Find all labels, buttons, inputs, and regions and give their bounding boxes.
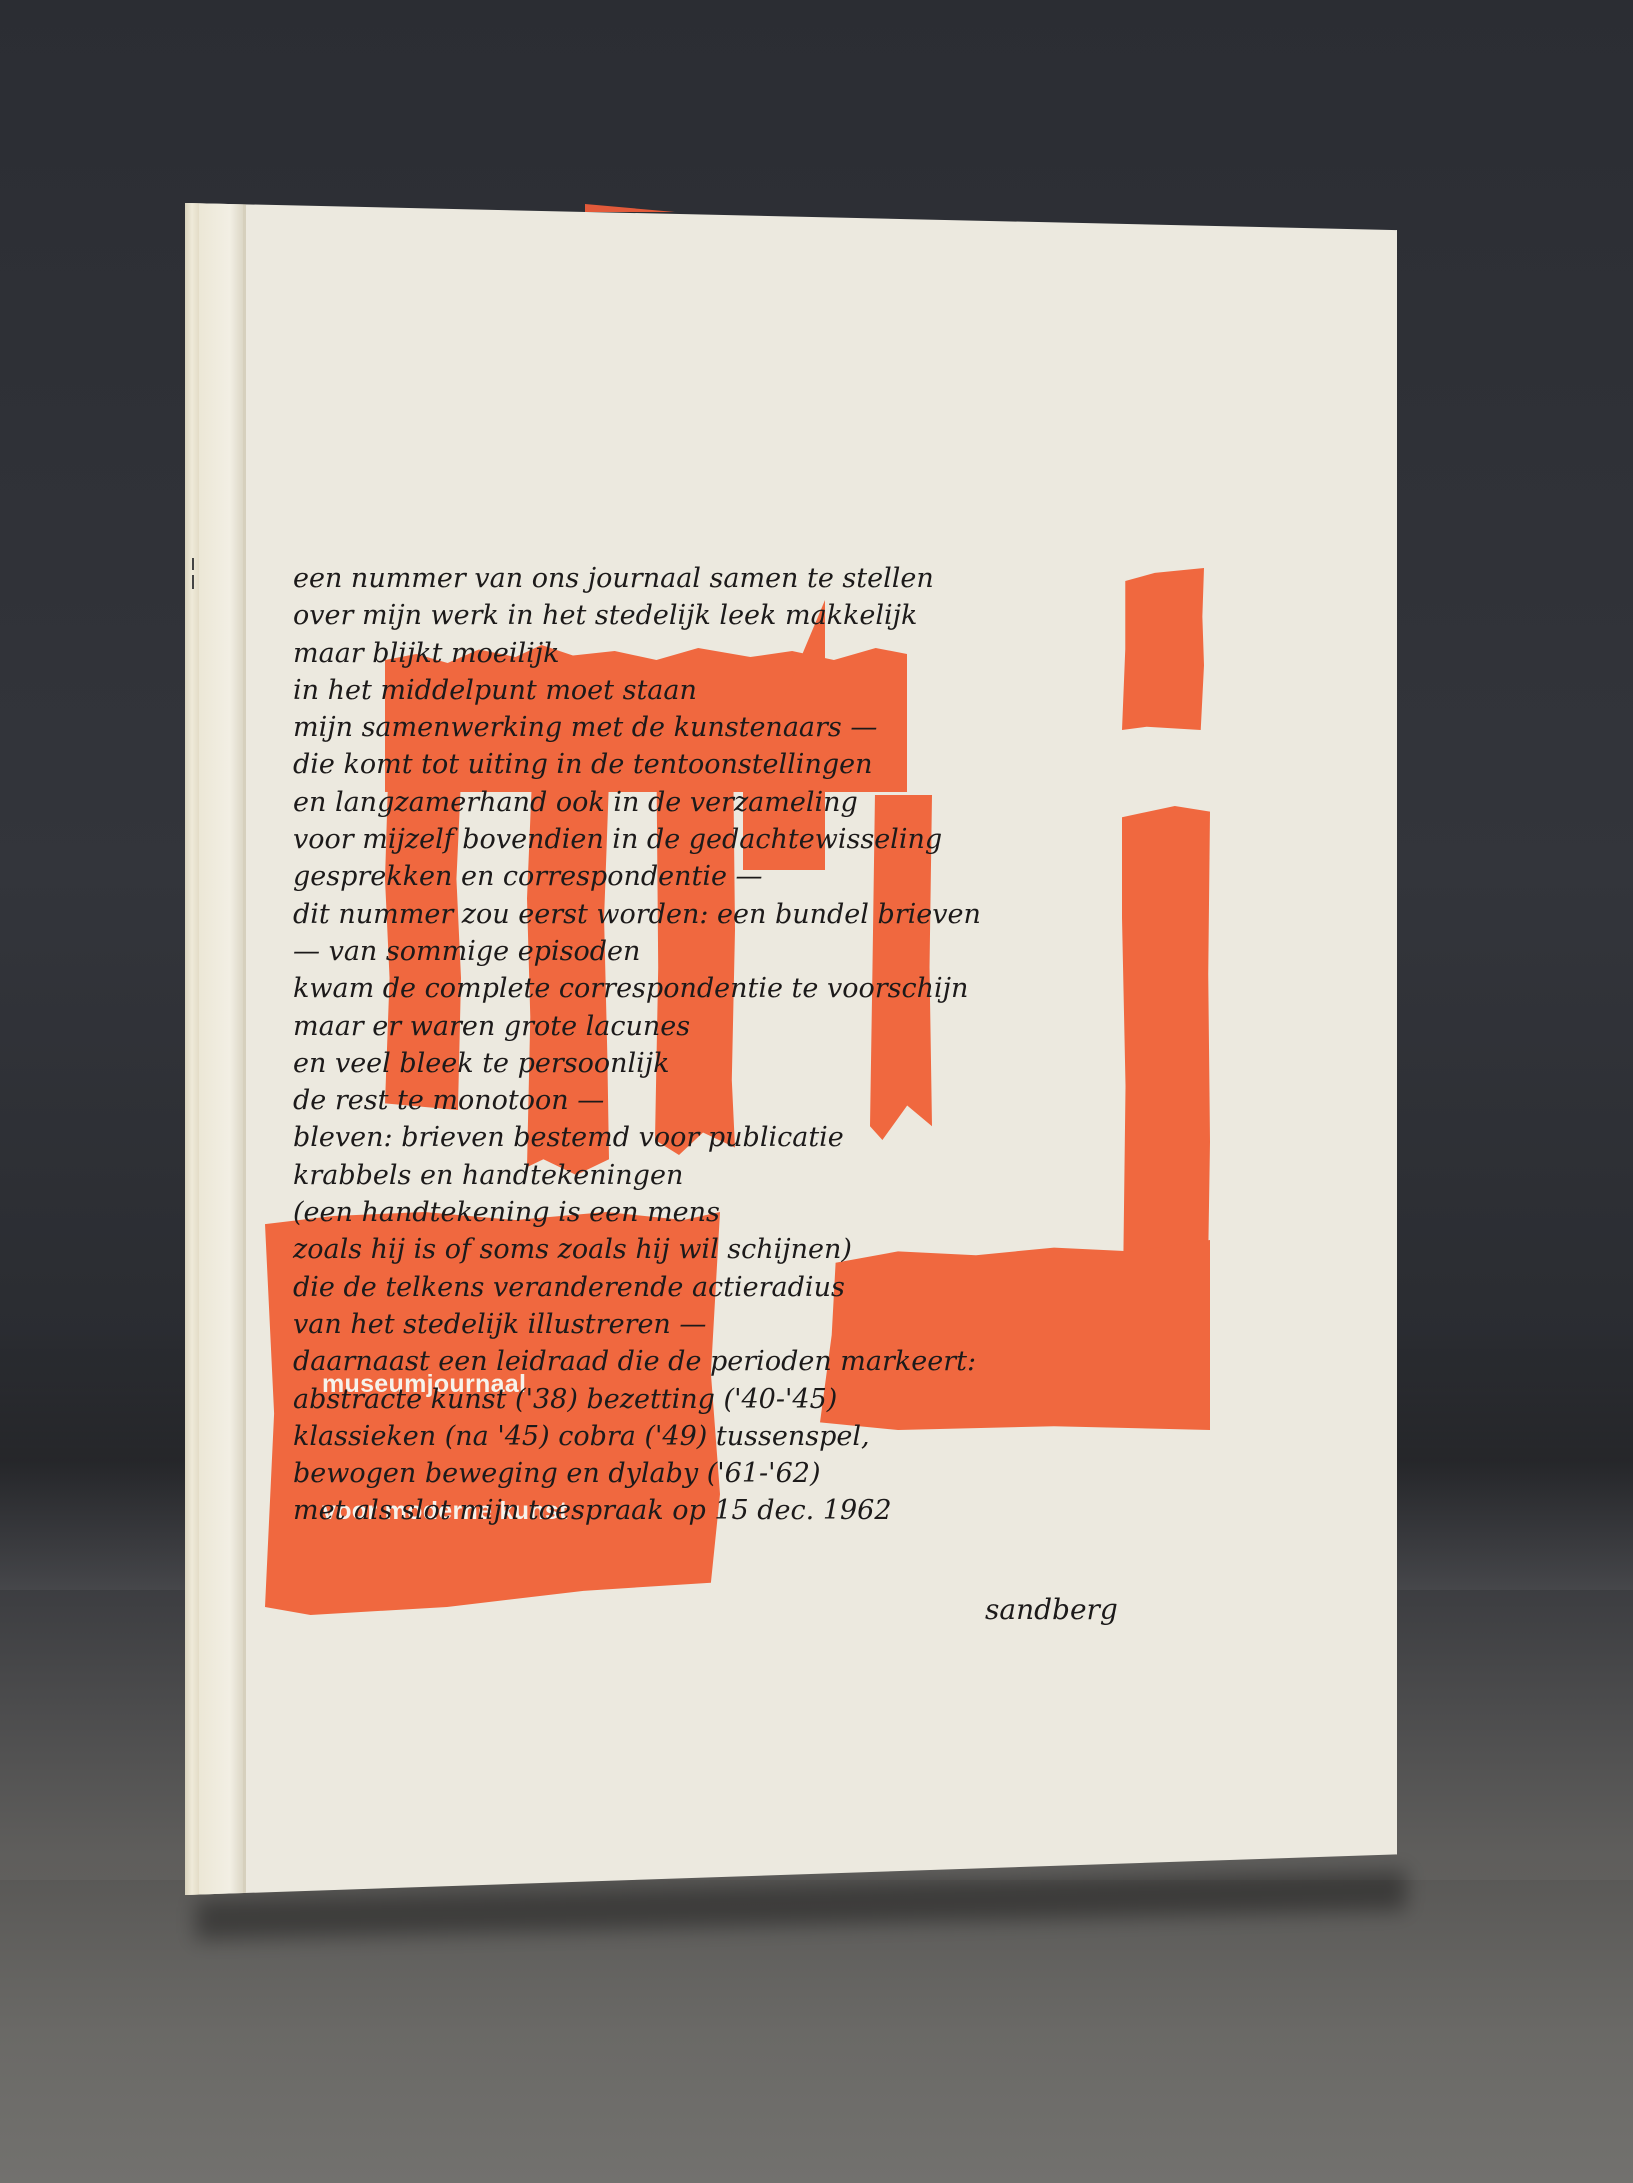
handwritten-line: voor mijzelf bovendien in de gedachtewis… — [293, 821, 1273, 858]
handwritten-line: bleven: brieven bestemd voor publicatie — [293, 1119, 1273, 1156]
handwritten-line: — van sommige episoden — [293, 933, 1273, 970]
handwritten-line: klassieken (na '45) cobra ('49) tussensp… — [293, 1418, 1273, 1455]
spine-mark — [192, 558, 194, 570]
handwritten-line: van het stedelijk illustreren — — [293, 1306, 1273, 1343]
handwritten-line: die komt tot uiting in de tentoonstellin… — [293, 746, 1273, 783]
handwritten-line: gesprekken en correspondentie — — [293, 858, 1273, 895]
spine-mark — [192, 575, 194, 589]
handwritten-line: met als slot mijn toespraak op 15 dec. 1… — [293, 1492, 1273, 1529]
handwritten-line: maar blijkt moeilijk — [293, 635, 1273, 672]
handwritten-line: en veel bleek te persoonlijk — [293, 1045, 1273, 1082]
spine-crease — [243, 203, 246, 1895]
handwritten-line: die de telkens veranderende actieradius — [293, 1269, 1273, 1306]
handwritten-line: in het middelpunt moet staan — [293, 672, 1273, 709]
handwritten-line: (een handtekening is een mens — [293, 1194, 1273, 1231]
handwritten-line: een nummer van ons journaal samen te ste… — [293, 560, 1273, 597]
handwritten-line: abstracte kunst ('38) bezetting ('40-'45… — [293, 1381, 1273, 1418]
handwritten-line: kwam de complete correspondentie te voor… — [293, 970, 1273, 1007]
orange-page-tab — [585, 202, 675, 212]
handwritten-line: en langzamerhand ook in de verzameling — [293, 784, 1273, 821]
signature: sandberg — [985, 1593, 1118, 1626]
spine-hinge — [199, 203, 243, 1895]
handwritten-line: maar er waren grote lacunes — [293, 1008, 1273, 1045]
handwritten-line: over mijn werk in het stedelijk leek mak… — [293, 597, 1273, 634]
handwritten-line: zoals hij is of soms zoals hij wil schij… — [293, 1231, 1273, 1268]
handwritten-text-block: een nummer van ons journaal samen te ste… — [293, 560, 1273, 1530]
handwritten-line: mijn samenwerking met de kunstenaars — — [293, 709, 1273, 746]
handwritten-line: daarnaast een leidraad die de perioden m… — [293, 1343, 1273, 1380]
handwritten-line: bewogen beweging en dylaby ('61-'62) — [293, 1455, 1273, 1492]
handwritten-line: de rest te monotoon — — [293, 1082, 1273, 1119]
handwritten-line: dit nummer zou eerst worden: een bundel … — [293, 896, 1273, 933]
handwritten-line: krabbels en handtekeningen — [293, 1157, 1273, 1194]
spine-edge — [185, 203, 199, 1895]
